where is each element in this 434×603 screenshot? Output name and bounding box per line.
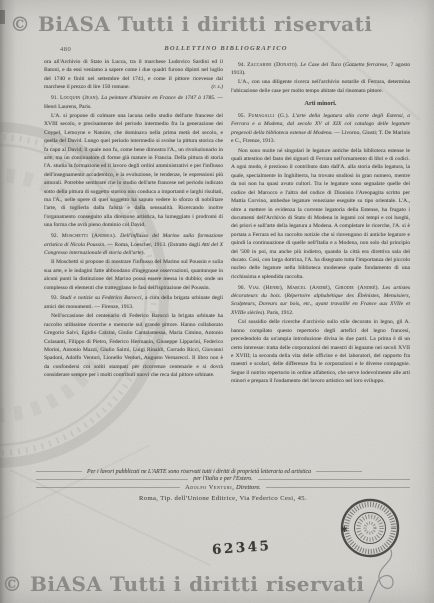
scanned-journal-page: © BiASA Tutti i diritti riservati 480 BO…	[0, 0, 434, 603]
grain-overlay	[0, 0, 434, 603]
